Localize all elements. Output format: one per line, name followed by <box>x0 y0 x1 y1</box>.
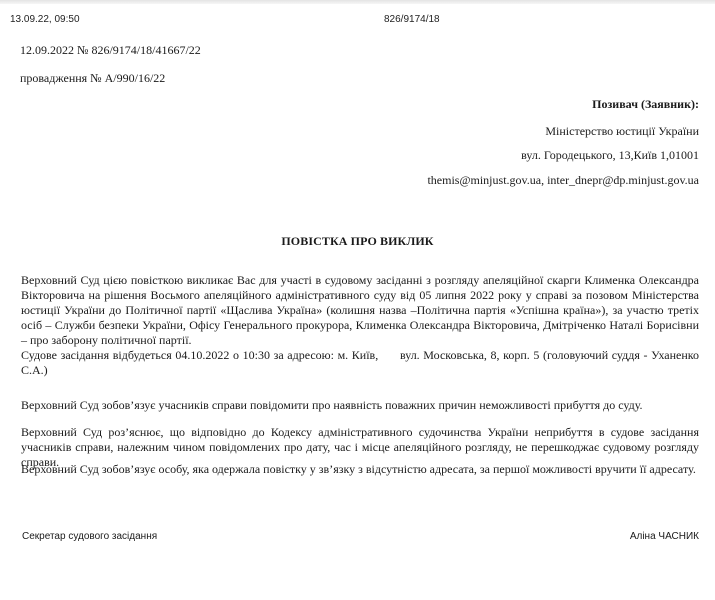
document-number: 12.09.2022 № 826/9174/18/41667/22 <box>20 43 201 58</box>
plaintiff-emails: themis@minjust.gov.ua, inter_dnepr@dp.mi… <box>427 173 699 188</box>
print-reference: 826/9174/18 <box>384 14 440 25</box>
print-datetime: 13.09.22, 09:50 <box>10 14 80 25</box>
paragraph-notify-obligation: Верховний Суд зобов’язує учасників справ… <box>21 398 699 413</box>
signature-role: Секретар судового засідання <box>22 531 157 542</box>
plaintiff-name: Міністерство юстиції України <box>545 124 699 139</box>
document-title: ПОВІСТКА ПРО ВИКЛИК <box>0 234 715 249</box>
proceedings-number: провадження № А/990/16/22 <box>20 71 165 86</box>
paragraph-hearing-date: Судове засідання відбудеться 04.10.2022 … <box>21 348 699 378</box>
viewer-top-edge <box>0 0 715 4</box>
signature-name: Аліна ЧАСНИК <box>630 531 699 542</box>
plaintiff-address: вул. Городецького, 13,Київ 1,01001 <box>521 148 699 163</box>
paragraph-summons: Верховний Суд цією повісткою викликає Ва… <box>21 273 699 348</box>
paragraph-delivery-obligation: Верховний Суд зобов’язує особу, яка одер… <box>21 462 699 477</box>
plaintiff-label: Позивач (Заявник): <box>592 97 699 112</box>
